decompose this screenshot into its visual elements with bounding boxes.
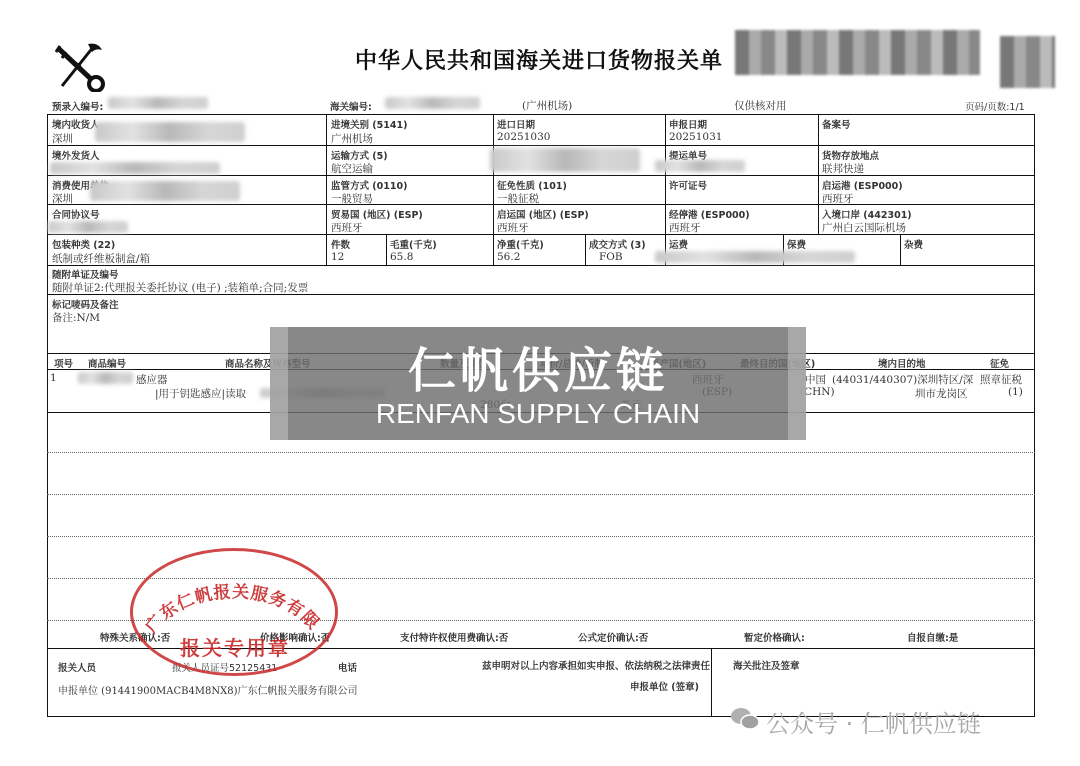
- marks-value: 备注:N/M: [52, 310, 100, 325]
- storage-label: 货物存放地点: [822, 148, 879, 162]
- dest-country: 中国: [805, 372, 826, 387]
- redacted-barcode: [735, 30, 980, 75]
- col-domestic-dest: 境内目的地: [878, 356, 926, 370]
- package-value: 纸制或纤维板制盒/箱: [52, 251, 150, 266]
- customs-emblem-icon: [52, 40, 108, 92]
- gross-weight-label: 毛重(千克): [390, 237, 437, 251]
- page-indicator: 页码/页数:1/1: [965, 99, 1025, 113]
- svg-text:广东仁帆报关服务有限公司: 广东仁帆报关服务有限公司: [130, 548, 323, 637]
- redacted-freight: [655, 251, 855, 263]
- transport-mode-value: 航空运输: [331, 161, 373, 176]
- domestic-dest: (44031/440307)深圳特区/深: [832, 372, 973, 387]
- deal-mode-value: FOB: [599, 251, 623, 263]
- redacted-hs-code: [78, 372, 133, 384]
- import-date-value: 20251030: [497, 131, 550, 143]
- import-date-label: 进口日期: [497, 117, 535, 131]
- watermark-en: RENFAN SUPPLY CHAIN: [270, 398, 806, 430]
- customs-office: (广州机场): [522, 98, 572, 113]
- net-weight-value: 56.2: [497, 251, 520, 263]
- redacted-qr: [1000, 36, 1055, 88]
- formula-price-confirm: 公式定价确认:否: [578, 630, 648, 644]
- entry-customs-value: 广州机场: [331, 131, 373, 146]
- net-weight-label: 净重(千克): [497, 237, 544, 251]
- redacted-pre-entry-no: [108, 97, 208, 109]
- entry-port-value: 广州白云国际机场: [822, 220, 906, 235]
- legal-statement: 兹申明对以上内容承担如实申报、依法纳税之法律责任: [482, 658, 710, 672]
- pieces-value: 12: [331, 251, 344, 263]
- goods-spec: |用于钥匙感应|读取: [155, 386, 246, 401]
- docs-value: 随附单证2:代理报关委托协议 (电子) ;装箱单;合同;发票: [52, 280, 308, 295]
- col-levy: 征免: [990, 356, 1009, 370]
- contract-label: 合同协议号: [52, 207, 100, 221]
- gross-weight-value: 65.8: [390, 251, 413, 263]
- verification-note: 仅供核对用: [734, 98, 787, 113]
- col-hs-code: 商品编号: [88, 356, 126, 370]
- transit-port-label: 经停港 (ESP000): [669, 207, 750, 221]
- self-pay-confirm: 自报自缴:是: [907, 630, 958, 644]
- freight-label: 运费: [669, 237, 688, 251]
- supervision-label: 监管方式 (0110): [331, 178, 407, 192]
- entry-port-label: 入境口岸 (442301): [822, 207, 912, 221]
- levy-value: 一般征税: [497, 191, 539, 206]
- provisional-price-confirm: 暂定价格确认:: [744, 630, 805, 644]
- goods-name: 感应器: [136, 372, 168, 387]
- origin-country-value: 西班牙: [497, 220, 529, 235]
- transit-port-value: 西班牙: [669, 220, 701, 235]
- consignee-label: 境内收货人: [52, 117, 100, 131]
- declarant-label: 报关人员: [58, 660, 96, 674]
- customs-sign-label: 海关批注及签章: [733, 658, 800, 672]
- origin-country-label: 启运国 (地区) (ESP): [497, 207, 589, 221]
- dep-port-value: 西班牙: [822, 191, 854, 206]
- redacted-contract: [48, 221, 128, 233]
- pre-entry-no-label: 预录入编号:: [52, 99, 103, 113]
- sign-label: 申报单位 (签章): [630, 679, 699, 693]
- redacted-customs-no: [385, 97, 480, 109]
- pieces-label: 件数: [331, 237, 350, 251]
- supervision-value: 一般贸易: [331, 191, 373, 206]
- declaring-unit: 申报单位 (91441900MACB4M8NX8)广东仁帆报关服务有限公司: [58, 682, 358, 697]
- trade-country-value: 西班牙: [331, 220, 363, 235]
- transport-mode-label: 运输方式 (5): [331, 148, 388, 162]
- license-label: 许可证号: [669, 178, 707, 192]
- domestic-dest-2: 圳市龙岗区: [915, 386, 968, 401]
- footer-watermark: 公众号 · 仁帆供应链: [766, 704, 981, 739]
- redacted-vessel: [490, 148, 640, 172]
- declare-date-value: 20251031: [669, 131, 722, 143]
- entry-customs-label: 进境关别 (5141): [331, 117, 407, 131]
- docs-label: 随附单证及编号: [52, 267, 119, 281]
- declare-date-label: 申报日期: [669, 117, 707, 131]
- levy-method: 照章征税: [980, 372, 1022, 387]
- deal-mode-label: 成交方式 (3): [589, 237, 646, 251]
- stamp-center-text: 报关专用章: [180, 632, 290, 661]
- misc-fee-label: 杂费: [904, 237, 923, 251]
- shipper-label: 境外发货人: [52, 148, 100, 162]
- redacted-shipper: [50, 162, 220, 174]
- phone-label: 电话: [338, 660, 357, 674]
- redacted-consumer: [90, 181, 240, 201]
- royalty-confirm: 支付特许权使用费确认:否: [400, 630, 508, 644]
- insurance-label: 保费: [787, 237, 806, 251]
- item-no: 1: [50, 372, 57, 384]
- redacted-bill-no: [655, 160, 745, 172]
- package-label: 包装种类 (22): [52, 237, 115, 251]
- trade-country-label: 贸易国 (地区) (ESP): [331, 207, 423, 221]
- wechat-icon: [730, 706, 760, 732]
- marks-label: 标记唛码及备注: [52, 297, 119, 311]
- storage-value: 联邦快递: [822, 161, 864, 176]
- col-item-no: 项号: [54, 356, 73, 370]
- dep-port-label: 启运港 (ESP000): [822, 178, 903, 192]
- record-no-label: 备案号: [822, 117, 851, 131]
- consumer-value: 深圳: [52, 191, 73, 206]
- customs-no-label: 海关编号:: [330, 99, 372, 113]
- page-title: 中华人民共和国海关进口货物报关单: [355, 44, 723, 75]
- redacted-consignee: [95, 122, 245, 142]
- levy-code: (1): [1008, 386, 1023, 398]
- watermark-cn: 仁帆供应链: [270, 332, 806, 401]
- levy-label: 征免性质 (101): [497, 178, 567, 192]
- consignee-value: 深圳: [52, 131, 73, 146]
